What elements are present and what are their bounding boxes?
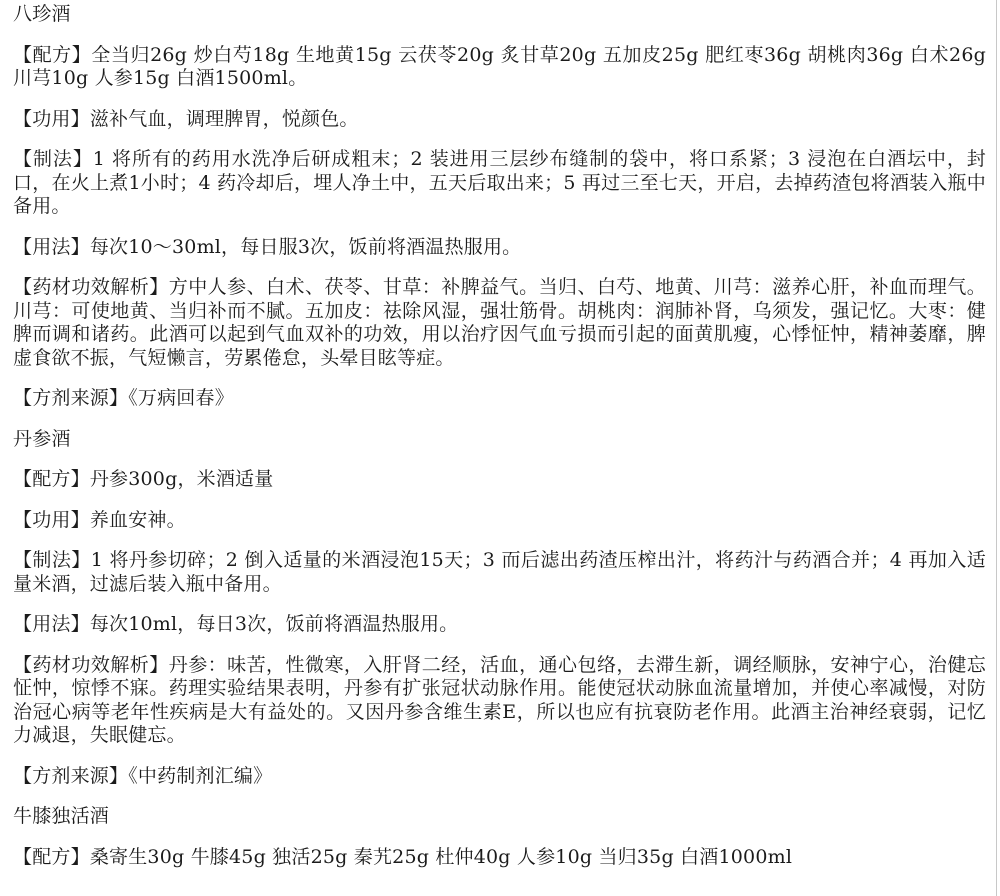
recipe-title: 丹参酒 <box>13 428 986 452</box>
section-zhifa: 【制法】1 将丹参切碎；2 倒入适量的米酒浸泡15天；3 而后滤出药渣压榨出汁，… <box>13 549 986 596</box>
section-text: 1 将所有的药用水洗净后研成粗末；2 装进用三层纱布缝制的袋中，将口系紧；3 浸… <box>13 148 986 217</box>
section-label: 【功用】 <box>13 509 90 531</box>
section-yongfa: 【用法】每次10～30ml，每日服3次，饭前将酒温热服用。 <box>13 236 986 260</box>
section-yongfa: 【用法】每次10ml，每日3次，饭前将酒温热服用。 <box>13 613 986 637</box>
section-label: 【药材功效解析】 <box>13 654 169 676</box>
section-jiexi: 【药材功效解析】方中人参、白术、茯苓、甘草：补脾益气。当归、白芍、地黄、川芎：滋… <box>13 276 986 370</box>
section-label: 【方剂来源】 <box>13 387 128 409</box>
section-text: 《中药制剂汇编》 <box>128 765 272 787</box>
section-text: 丹参300g，米酒适量 <box>90 468 274 490</box>
section-peifang: 【配方】全当归26g 炒白芍18g 生地黄15g 云茯苓20g 炙甘草20g 五… <box>13 44 986 91</box>
recipe-title: 牛膝独活酒 <box>13 805 986 829</box>
section-label: 【用法】 <box>13 613 90 635</box>
page-edge-divider <box>996 0 997 896</box>
section-peifang: 【配方】桑寄生30g 牛膝45g 独活25g 秦艽25g 杜仲40g 人参10g… <box>13 846 986 870</box>
section-label: 【用法】 <box>13 236 90 258</box>
section-text: 全当归26g 炒白芍18g 生地黄15g 云茯苓20g 炙甘草20g 五加皮25… <box>13 44 986 90</box>
section-text: 《万病回春》 <box>128 387 234 409</box>
section-text: 桑寄生30g 牛膝45g 独活25g 秦艽25g 杜仲40g 人参10g 当归3… <box>90 846 792 868</box>
section-gongyong: 【功用】养血安神。 <box>13 509 986 533</box>
section-text: 每次10ml，每日3次，饭前将酒温热服用。 <box>90 613 459 635</box>
section-zhifa: 【制法】1 将所有的药用水洗净后研成粗末；2 装进用三层纱布缝制的袋中，将口系紧… <box>13 148 986 219</box>
document-page: 八珍酒 【配方】全当归26g 炒白芍18g 生地黄15g 云茯苓20g 炙甘草2… <box>0 0 1000 896</box>
section-laiyuan: 【方剂来源】《万病回春》 <box>13 387 986 411</box>
section-text: 养血安神。 <box>90 509 186 531</box>
section-text: 每次10～30ml，每日服3次，饭前将酒温热服用。 <box>90 236 522 258</box>
section-label: 【制法】 <box>13 549 91 571</box>
section-gongyong: 【功用】滋补气血，调理脾胃，悦颜色。 <box>13 108 986 132</box>
section-jiexi: 【药材功效解析】丹参：味苦，性微寒，入肝肾二经，活血，通心包络，去滞生新，调经顺… <box>13 654 986 748</box>
recipe-title: 八珍酒 <box>13 3 986 27</box>
section-laiyuan: 【方剂来源】《中药制剂汇编》 <box>13 765 986 789</box>
section-label: 【配方】 <box>13 44 91 66</box>
section-text: 滋补气血，调理脾胃，悦颜色。 <box>90 108 359 130</box>
section-label: 【制法】 <box>13 148 93 170</box>
section-label: 【功用】 <box>13 108 90 130</box>
section-text: 1 将丹参切碎；2 倒入适量的米酒浸泡15天；3 而后滤出药渣压榨出汁，将药汁与… <box>13 549 986 595</box>
section-label: 【药材功效解析】 <box>13 276 169 298</box>
section-label: 【方剂来源】 <box>13 765 128 787</box>
section-peifang: 【配方】丹参300g，米酒适量 <box>13 468 986 492</box>
section-label: 【配方】 <box>13 846 90 868</box>
section-label: 【配方】 <box>13 468 90 490</box>
